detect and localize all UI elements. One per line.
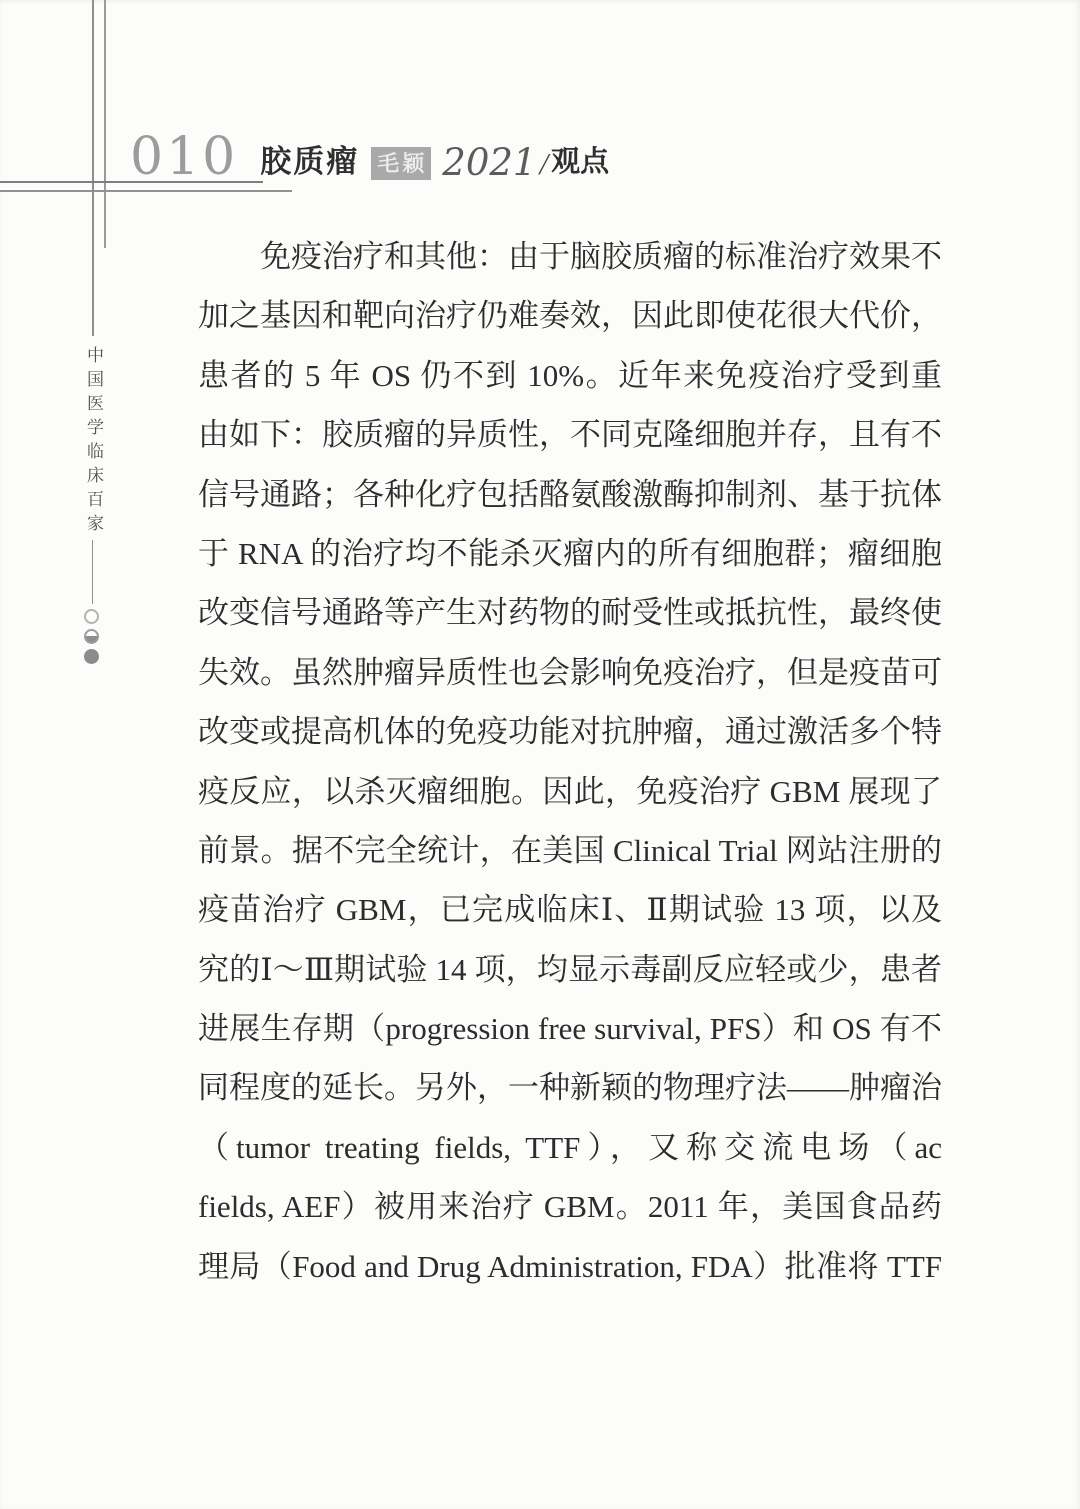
body-text-line: 改变或提高机体的免疫功能对抗肿瘤，通过激活多个特异免 [198, 702, 942, 761]
body-text-line: 免疫治疗和其他：由于脑胶质瘤的标准治疗效果不理想， [198, 227, 942, 286]
book-page: 010 胶质瘤 毛颖 2021 / 观点 中国医学临床百家 免疫治疗和其他：由于… [0, 0, 1080, 1509]
body-text-line: fields, AEF）被用来治疗 GBM。2011 年，美国食品药品管 [198, 1177, 942, 1236]
body-text-line: 加之基因和靶向治疗仍难奏效，因此即使花很大代价，GBM [198, 286, 942, 345]
body-text-line: 前景。据不完全统计，在美国 Clinical Trial 网站注册的 DC [198, 821, 942, 880]
edition-label: 观点 [551, 145, 609, 180]
half-filled-circle-icon [84, 629, 99, 644]
book-title: 胶质瘤 [260, 143, 359, 180]
running-header: 010 胶质瘤 毛颖 2021 / 观点 [130, 130, 609, 180]
body-text-line: 失效。虽然肿瘤异质性也会影响免疫治疗，但是疫苗可通过 [198, 643, 942, 702]
empty-circle-icon [84, 609, 99, 624]
header-separator: / [539, 147, 548, 180]
body-text: 免疫治疗和其他：由于脑胶质瘤的标准治疗效果不理想，加之基因和靶向治疗仍难奏效，因… [198, 227, 942, 1296]
body-text-line: 同程度的延长。另外，一种新颖的物理疗法——肿瘤治疗场 [198, 1058, 942, 1117]
page-number: 010 [130, 134, 238, 180]
body-text-line: 进展生存期（progression free survival, PFS）和 O… [198, 999, 942, 1058]
body-text-line: （tumor treating fields, TTF），又称交流电场（ac e… [198, 1118, 942, 1177]
author-name-badge: 毛颖 [371, 147, 431, 180]
sidebar-rule [92, 540, 93, 604]
body-text-line: 患者的 5 年 OS 仍不到 10%。近年来免疫治疗受到重视，理 [198, 346, 942, 405]
series-name-vertical: 中国医学临床百家 [81, 346, 106, 538]
edition-year: 2021 [442, 146, 536, 180]
body-text-line: 理局（Food and Drug Administration, FDA）批准将… [198, 1237, 942, 1296]
ornament-vertical-line-left [92, 0, 94, 336]
body-text-line: 疫反应，以杀灭瘤细胞。因此，免疫治疗 GBM 展现了诱人的 [198, 762, 942, 821]
body-text-line: 信号通路；各种化疗包括酪氨酸激酶抑制剂、基于抗体或基 [198, 465, 942, 524]
body-text-line: 改变信号通路等产生对药物的耐受性或抵抗性，最终使它们 [198, 583, 942, 642]
filled-circle-icon [84, 649, 99, 664]
body-text-line: 于 RNA 的治疗均不能杀灭瘤内的所有细胞群；瘤细胞可通过 [198, 524, 942, 583]
body-text-line: 疫苗治疗 GBM，已完成临床Ⅰ、Ⅱ期试验 13 项，以及在研 [198, 880, 942, 939]
body-text-line: 由如下：胶质瘤的异质性，不同克隆细胞并存，且有不同的 [198, 405, 942, 464]
ornament-horizontal-line [0, 190, 292, 192]
sidebar-circles [84, 609, 99, 664]
ornament-vertical-line-right [104, 0, 106, 248]
body-text-line: 究的Ⅰ～Ⅲ期试验 14 项，均显示毒副反应轻或少，患者无 [198, 940, 942, 999]
